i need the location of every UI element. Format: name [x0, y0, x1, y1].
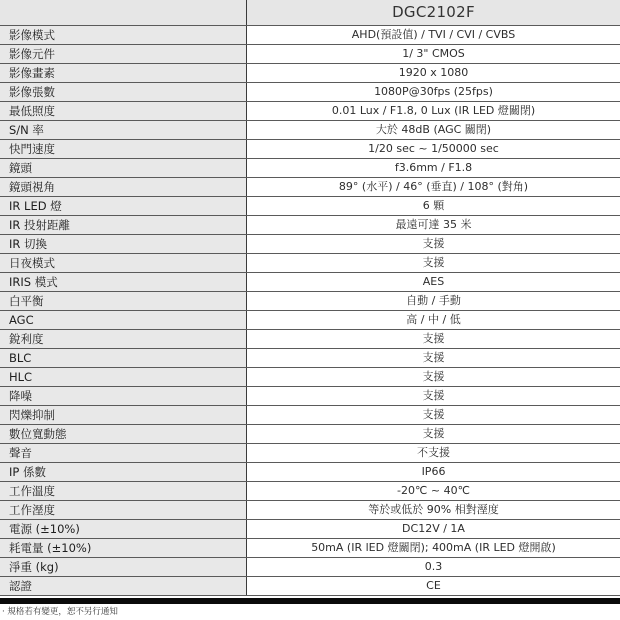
table-row: HLC支援 — [0, 368, 620, 387]
table-row: 認證CE — [0, 577, 620, 596]
spec-value: AHD(預設值) / TVI / CVI / CVBS — [247, 26, 620, 44]
table-header-row: DGC2102F — [0, 0, 620, 26]
spec-value: CE — [247, 577, 620, 595]
table-row: 白平衡自動 / 手動 — [0, 292, 620, 311]
spec-value: 6 顆 — [247, 197, 620, 215]
spec-label: 電源 (±10%) — [0, 520, 247, 538]
spec-label: 日夜模式 — [0, 254, 247, 272]
spec-value: 支援 — [247, 425, 620, 443]
spec-label: 降噪 — [0, 387, 247, 405]
spec-label: 數位寬動態 — [0, 425, 247, 443]
spec-value: 不支援 — [247, 444, 620, 462]
spec-value: AES — [247, 273, 620, 291]
spec-value: DC12V / 1A — [247, 520, 620, 538]
spec-label: 影像模式 — [0, 26, 247, 44]
table-row: 最低照度0.01 Lux / F1.8, 0 Lux (IR LED 燈關閉) — [0, 102, 620, 121]
spec-label: 淨重 (kg) — [0, 558, 247, 576]
table-row: 耗電量 (±10%)50mA (IR lED 燈關閉); 400mA (IR L… — [0, 539, 620, 558]
spec-label: 耗電量 (±10%) — [0, 539, 247, 557]
table-row: S/N 率大於 48dB (AGC 關閉) — [0, 121, 620, 140]
spec-value: 最遠可達 35 米 — [247, 216, 620, 234]
table-bottom-bar — [0, 598, 620, 604]
spec-label: 快門速度 — [0, 140, 247, 158]
spec-label: 白平衡 — [0, 292, 247, 310]
spec-value: 0.01 Lux / F1.8, 0 Lux (IR LED 燈關閉) — [247, 102, 620, 120]
spec-value: 高 / 中 / 低 — [247, 311, 620, 329]
spec-table: DGC2102F 影像模式AHD(預設值) / TVI / CVI / CVBS… — [0, 0, 620, 596]
header-label-cell — [0, 0, 247, 25]
table-row: BLC支援 — [0, 349, 620, 368]
spec-value: 等於或低於 90% 相對溼度 — [247, 501, 620, 519]
spec-value: 支援 — [247, 254, 620, 272]
spec-value: 支援 — [247, 406, 620, 424]
spec-value: 1080P@30fps (25fps) — [247, 83, 620, 101]
spec-label: 最低照度 — [0, 102, 247, 120]
table-row: 影像模式AHD(預設值) / TVI / CVI / CVBS — [0, 26, 620, 45]
table-row: 日夜模式支援 — [0, 254, 620, 273]
spec-label: 影像元件 — [0, 45, 247, 63]
spec-value: 89° (水平) / 46° (垂直) / 108° (對角) — [247, 178, 620, 196]
spec-value: -20℃ ~ 40℃ — [247, 482, 620, 500]
table-row: 聲音不支援 — [0, 444, 620, 463]
spec-value: 1/20 sec ~ 1/50000 sec — [247, 140, 620, 158]
model-name: DGC2102F — [247, 0, 620, 25]
spec-label: 影像畫素 — [0, 64, 247, 82]
spec-label: IRIS 模式 — [0, 273, 247, 291]
table-row: 電源 (±10%)DC12V / 1A — [0, 520, 620, 539]
spec-label: 工作溫度 — [0, 482, 247, 500]
spec-value: 支援 — [247, 235, 620, 253]
table-row: IP 係數IP66 — [0, 463, 620, 482]
spec-label: 影像張數 — [0, 83, 247, 101]
spec-label: 鏡頭視角 — [0, 178, 247, 196]
spec-value: IP66 — [247, 463, 620, 481]
spec-label: IP 係數 — [0, 463, 247, 481]
table-row: IR LED 燈6 顆 — [0, 197, 620, 216]
spec-label: 工作溼度 — [0, 501, 247, 519]
spec-value: 1920 x 1080 — [247, 64, 620, 82]
table-row: 數位寬動態支援 — [0, 425, 620, 444]
spec-label: 閃爍抑制 — [0, 406, 247, 424]
spec-label: S/N 率 — [0, 121, 247, 139]
spec-label: IR 投射距離 — [0, 216, 247, 234]
spec-value: 50mA (IR lED 燈關閉); 400mA (IR LED 燈開啟) — [247, 539, 620, 557]
table-row: 影像元件1/ 3" CMOS — [0, 45, 620, 64]
table-row: 降噪支援 — [0, 387, 620, 406]
spec-value: f3.6mm / F1.8 — [247, 159, 620, 177]
table-row: AGC高 / 中 / 低 — [0, 311, 620, 330]
spec-label: BLC — [0, 349, 247, 367]
spec-label: 銳利度 — [0, 330, 247, 348]
spec-label: IR LED 燈 — [0, 197, 247, 215]
footnote: · 規格若有變更，恕不另行通知 — [2, 605, 118, 617]
spec-value: 大於 48dB (AGC 關閉) — [247, 121, 620, 139]
spec-value: 0.3 — [247, 558, 620, 576]
spec-label: HLC — [0, 368, 247, 386]
table-row: 銳利度支援 — [0, 330, 620, 349]
table-row: 淨重 (kg)0.3 — [0, 558, 620, 577]
spec-value: 支援 — [247, 387, 620, 405]
table-row: IRIS 模式AES — [0, 273, 620, 292]
table-row: 工作溼度等於或低於 90% 相對溼度 — [0, 501, 620, 520]
table-row: IR 切換支援 — [0, 235, 620, 254]
table-row: 影像張數1080P@30fps (25fps) — [0, 83, 620, 102]
table-row: 鏡頭視角89° (水平) / 46° (垂直) / 108° (對角) — [0, 178, 620, 197]
spec-label: 認證 — [0, 577, 247, 595]
spec-label: IR 切換 — [0, 235, 247, 253]
spec-value: 支援 — [247, 349, 620, 367]
table-row: 鏡頭f3.6mm / F1.8 — [0, 159, 620, 178]
spec-value: 支援 — [247, 368, 620, 386]
spec-label: 聲音 — [0, 444, 247, 462]
table-row: IR 投射距離最遠可達 35 米 — [0, 216, 620, 235]
spec-value: 自動 / 手動 — [247, 292, 620, 310]
table-row: 閃爍抑制支援 — [0, 406, 620, 425]
spec-value: 支援 — [247, 330, 620, 348]
table-row: 影像畫素1920 x 1080 — [0, 64, 620, 83]
table-row: 快門速度1/20 sec ~ 1/50000 sec — [0, 140, 620, 159]
spec-label: 鏡頭 — [0, 159, 247, 177]
spec-label: AGC — [0, 311, 247, 329]
spec-value: 1/ 3" CMOS — [247, 45, 620, 63]
table-row: 工作溫度-20℃ ~ 40℃ — [0, 482, 620, 501]
